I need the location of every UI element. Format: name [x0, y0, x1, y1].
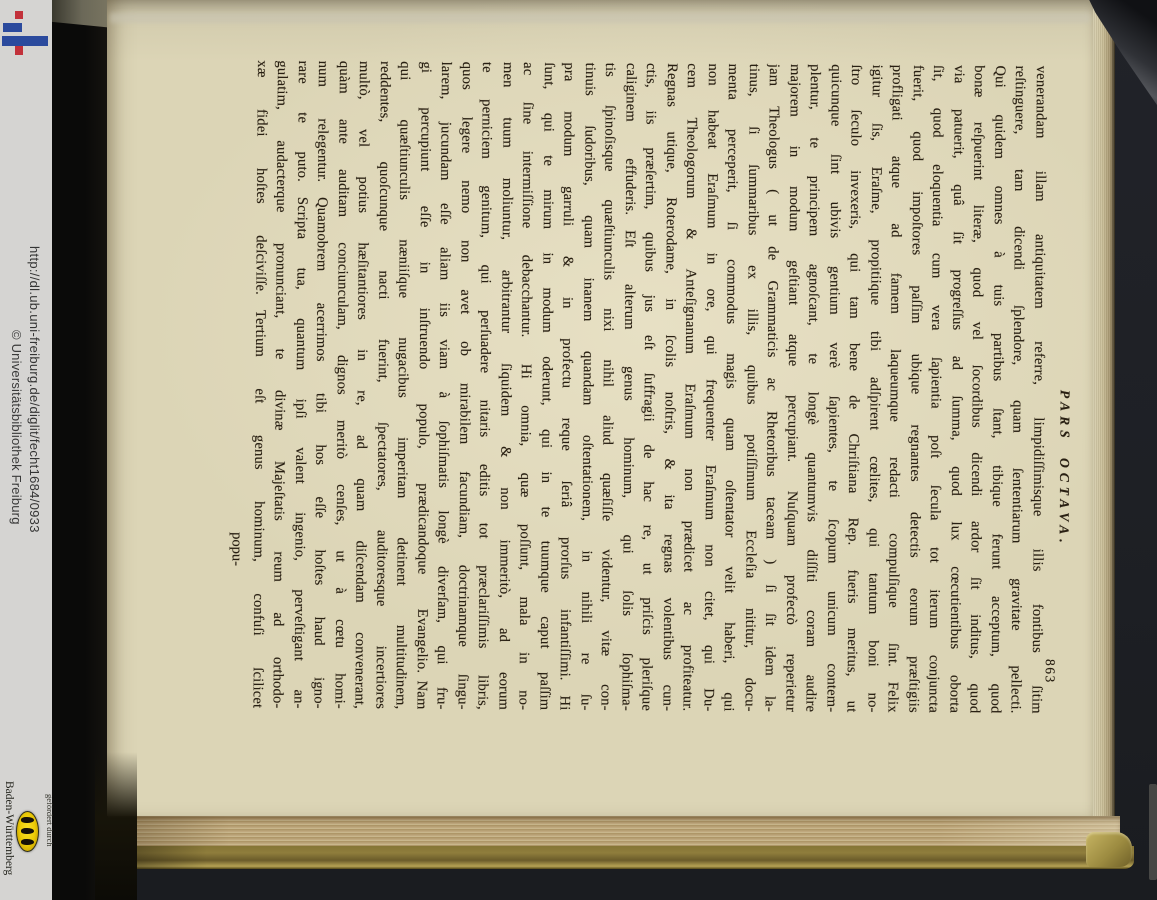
page-edges-bottom: [108, 816, 1120, 847]
running-head-title: PARS OCTAVA.: [1056, 390, 1073, 548]
page-text-rotated: PARS OCTAVA. 863 venerandam illam antiqu…: [227, 60, 1075, 714]
baden-wuerttemberg-emblem-icon: [16, 811, 39, 852]
digitized-book-viewer: PARS OCTAVA. 863 venerandam illam antiqu…: [0, 0, 1157, 900]
lion-icon: [21, 828, 34, 834]
cover-corner: [1086, 832, 1132, 867]
page-number: 863: [1042, 659, 1058, 684]
registration-red-square2-icon: [15, 46, 23, 55]
page-lines: venerandam illam antiquitatem referre, l…: [247, 60, 1051, 714]
funding-credit: gefördert durch: [45, 794, 55, 847]
registration-blue-bar-long-icon: [2, 36, 48, 46]
library-sidebar: http://dl.ub.uni-freiburg.de/diglit/fech…: [0, 0, 52, 900]
page-crease-highlight: [110, 13, 1090, 23]
catchword: popu-: [227, 60, 250, 708]
lion-icon: [21, 839, 34, 845]
cradle-edge: [1149, 784, 1157, 880]
lion-icon: [21, 817, 34, 823]
bottom-left-shadow: [95, 752, 137, 900]
region-name: Baden-Württemberg: [3, 781, 15, 875]
registration-blue-bar-icon: [3, 23, 22, 32]
page-fore-edge-right: [1093, 0, 1115, 838]
source-url: http://dl.ub.uni-freiburg.de/diglit/fech…: [27, 246, 42, 533]
vellum-cover-edge: [104, 846, 1134, 869]
registration-red-square-icon: [15, 11, 23, 19]
copyright-notice: © Universitätsbibliothek Freiburg: [9, 330, 24, 525]
text-line: venerandam illam antiquitatem referre, l…: [1026, 66, 1051, 714]
